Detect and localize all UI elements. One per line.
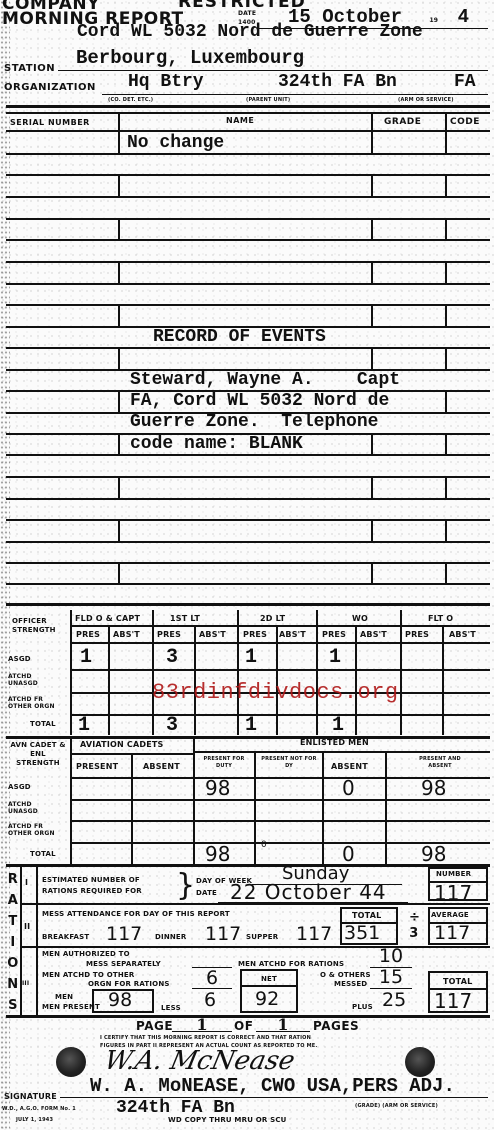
row-label-atchd-unasgd: ATCHD UNASGD xyxy=(8,673,58,687)
sub-pres: PRES xyxy=(322,630,346,639)
men-present-value: 98 xyxy=(108,989,132,1011)
col-header-present-not-for-dy: PRESENT NOT FOR DY xyxy=(258,756,320,770)
date-small-label: DATE xyxy=(238,10,256,17)
row-rule xyxy=(6,261,490,263)
station-field: Berbourg, Luxembourg xyxy=(58,47,488,71)
grid-v xyxy=(254,752,256,866)
grid-v xyxy=(131,755,133,866)
grid-h xyxy=(70,714,490,716)
row-rule xyxy=(6,174,490,176)
others-label-1: O & OTHERS xyxy=(320,971,371,979)
col-header-grade: GRADE xyxy=(384,117,421,127)
sub-abst: ABS'T xyxy=(199,630,226,639)
watermark-text: 83rdinfdivdocs.org xyxy=(152,680,399,705)
rations-letter: I xyxy=(7,932,19,953)
col-divider xyxy=(445,476,447,498)
col-divider xyxy=(371,476,373,498)
row-rule xyxy=(6,583,490,585)
breakfast-value: 117 xyxy=(106,923,142,945)
row-label-total: TOTAL xyxy=(30,720,56,728)
col-header-present: PRESENT xyxy=(76,762,118,771)
grade-arm-label: (GRADE) (ARM OR SERVICE) xyxy=(355,1103,438,1109)
section-rule xyxy=(6,864,490,867)
divide-by-3: ÷ 3 xyxy=(409,910,419,942)
org-sublabel-arm: (ARM OR SERVICE) xyxy=(398,97,454,103)
brace: } xyxy=(176,869,195,903)
asgd-fld-pres: 1 xyxy=(80,646,92,669)
atchd-other-label-1: MEN ATCHD TO OTHER xyxy=(42,971,134,979)
section-iii-total-value: 117 xyxy=(434,989,472,1013)
group-wo: WO xyxy=(352,614,368,623)
total-present-for-duty: 98 xyxy=(205,842,230,866)
pages-label: PAGES xyxy=(313,1019,359,1033)
row-rule xyxy=(6,519,490,521)
col-divider xyxy=(118,519,120,541)
date-label: DATE xyxy=(196,889,217,897)
record-of-events-title: RECORD OF EVENTS xyxy=(153,327,326,347)
col-divider xyxy=(371,304,373,326)
total-wo-pres: 1 xyxy=(332,714,344,737)
col-header-name: NAME xyxy=(226,116,254,125)
col-divider xyxy=(445,218,447,239)
total-label: TOTAL xyxy=(352,911,381,920)
section-iii-total-label: TOTAL xyxy=(443,977,472,986)
total-2lt-pres: 1 xyxy=(245,714,257,737)
event-line-1: Steward, Wayne A. Capt xyxy=(130,370,400,390)
event-line-2: FA, Cord WL 5032 Nord de xyxy=(130,391,389,411)
rations-letter: R xyxy=(7,869,19,890)
grid-v xyxy=(316,610,318,735)
rule xyxy=(6,105,490,108)
grid-v xyxy=(70,610,72,735)
auth-sep-label-1: MEN AUTHORIZED TO xyxy=(42,950,130,958)
total-fld-pres: 1 xyxy=(78,714,90,737)
col-header-code: CODE xyxy=(450,117,480,127)
row-rule xyxy=(6,476,490,478)
net-label: NET xyxy=(261,975,277,983)
row-rule xyxy=(6,562,490,564)
asgd-2lt-pres: 1 xyxy=(245,646,257,669)
certify-line-1: I CERTIFY THAT THIS MORNING REPORT IS CO… xyxy=(100,1035,311,1041)
grid-v xyxy=(400,610,402,735)
mess-attendance-label: MESS ATTENDANCE FOR DAY OF THIS REPORT xyxy=(42,910,230,918)
col-header-present-for-duty: PRESENT FOR DUTY xyxy=(198,756,250,770)
grid-h xyxy=(70,625,490,627)
grid-h xyxy=(70,820,490,822)
sub-abst: ABS'T xyxy=(113,630,140,639)
row-label-asgd: ASGD xyxy=(8,655,31,663)
pages-value: 1 xyxy=(256,1015,310,1032)
org-parent-unit: 324th FA Bn xyxy=(278,72,428,94)
men-label: MEN xyxy=(55,993,73,1001)
col-divider xyxy=(445,562,447,583)
col-divider xyxy=(445,519,447,541)
row-label-total: TOTAL xyxy=(30,850,56,858)
grid-h xyxy=(70,753,194,755)
atchd-rations-value: 10 xyxy=(370,945,412,968)
col-divider xyxy=(445,112,447,153)
number-value: 117 xyxy=(434,881,472,905)
rule xyxy=(6,130,490,132)
rule xyxy=(6,112,490,114)
ration-date-value: 22 October 44 xyxy=(218,880,408,903)
estimated-number-label: ESTIMATED NUMBER OF xyxy=(42,875,142,886)
atchd-rations-label: MEN ATCHD FOR RATIONS xyxy=(238,960,344,968)
sub-pres: PRES xyxy=(405,630,429,639)
row-rule xyxy=(6,541,490,543)
col-divider xyxy=(445,433,447,454)
grid-v xyxy=(385,752,387,866)
grid-h xyxy=(193,751,490,753)
group-flt-o: FLT O xyxy=(428,614,453,623)
org-arm: FA xyxy=(454,72,476,94)
sub-pres: PRES xyxy=(76,630,100,639)
number-label: NUMBER xyxy=(436,870,471,878)
total-present-not-for-dy: 0 xyxy=(261,840,267,850)
unit-stamp: 324th FA Bn xyxy=(116,1098,235,1118)
col-divider xyxy=(118,261,120,283)
page-label: PAGE xyxy=(136,1019,173,1033)
enlisted-strength-label: AVN CADET & ENL STRENGTH xyxy=(10,741,66,768)
roster-entry: No change xyxy=(127,133,224,153)
handwritten-signature: W.A. McNease xyxy=(102,1046,298,1076)
total-1lt-pres: 3 xyxy=(166,714,178,737)
col-header-present-and-absent: PRESENT AND ABSENT xyxy=(410,756,470,770)
signature-label: SIGNATURE xyxy=(4,1092,57,1101)
rations-side-label: R A T I O N S xyxy=(7,869,19,1016)
atchd-other-label-2: ORGN FOR RATIONS xyxy=(88,980,170,988)
row-label-asgd: ASGD xyxy=(8,783,31,791)
officer-strength-label: OFFICER STRENGTH xyxy=(12,617,68,635)
group-fld-capt: FLD O & CAPT xyxy=(75,614,140,623)
row-rule xyxy=(6,304,490,306)
punch-hole-right xyxy=(405,1047,435,1077)
org-sublabel-company: (CO. DET. ETC.) xyxy=(108,97,153,103)
row-rule xyxy=(6,347,490,349)
form-id-line-2: JULY 1, 1943 xyxy=(16,1117,53,1123)
station-value: Berbourg, Luxembourg xyxy=(76,47,304,69)
average-label: AVERAGE xyxy=(431,911,469,919)
event-line-4: code name: BLANK xyxy=(130,434,303,454)
col-divider xyxy=(445,347,447,369)
asgd-1lt-pres: 3 xyxy=(166,646,178,669)
station-label: STATION xyxy=(4,63,55,74)
dinner-value: 117 xyxy=(205,923,241,945)
col-divider xyxy=(445,261,447,283)
row-rule xyxy=(6,153,490,155)
rations-required-label: RATIONS REQUIRED FOR xyxy=(42,886,142,897)
row-label-atchd-fr-other: ATCHD FR OTHER ORGN xyxy=(8,696,66,710)
row-rule xyxy=(6,283,490,285)
col-divider xyxy=(118,347,120,369)
col-divider xyxy=(118,304,120,326)
col-divider xyxy=(118,218,120,239)
signer-name: W. A. MoNEASE, CWO USA,PERS ADJ. xyxy=(60,1075,488,1098)
row-rule xyxy=(6,498,490,500)
col-divider xyxy=(371,218,373,239)
average-value: 117 xyxy=(434,922,470,944)
col-divider xyxy=(371,347,373,369)
event-line-3: Guerre Zone. Telephone xyxy=(130,412,378,432)
col-divider xyxy=(118,476,120,498)
col-divider xyxy=(371,519,373,541)
sub-abst: ABS'T xyxy=(449,630,476,639)
col-divider xyxy=(118,112,120,153)
col-header-absent: ABSENT xyxy=(143,762,180,771)
grid-v xyxy=(70,738,72,866)
col-divider xyxy=(445,304,447,326)
morning-report-page: COMPANY RESTRICTED MORNING REPORT DATE 1… xyxy=(0,0,494,1130)
supper-value: 117 xyxy=(296,923,332,945)
sub-abst: ABS'T xyxy=(279,630,306,639)
grid-v xyxy=(20,866,22,1016)
section-i-numeral: I xyxy=(25,878,28,887)
less-label: LESS xyxy=(161,1004,181,1012)
section-rule xyxy=(6,603,490,606)
organization-label: ORGANIZATION xyxy=(4,82,96,93)
plus-value: 25 xyxy=(382,989,406,1011)
sub-abst: ABS'T xyxy=(360,630,387,639)
breakfast-label: BREAKFAST xyxy=(42,933,89,941)
asgd-wo-pres: 1 xyxy=(329,646,341,669)
grid-h xyxy=(20,946,490,948)
col-divider xyxy=(445,174,447,196)
col-divider xyxy=(371,562,373,583)
row-rule xyxy=(6,218,490,220)
group-2d-lt: 2D LT xyxy=(260,614,285,623)
enlisted-men-label: ENLISTED MEN xyxy=(300,738,369,747)
asgd-present-for-duty: 98 xyxy=(205,776,230,800)
section-ii-numeral: II xyxy=(24,922,30,931)
others-label-2: MESSED xyxy=(334,980,367,988)
sub-pres: PRES xyxy=(157,630,181,639)
org-sublabel-parent: (PARENT UNIT) xyxy=(246,97,290,103)
grid-h xyxy=(70,669,490,671)
col-divider xyxy=(118,562,120,583)
group-1st-lt: 1ST LT xyxy=(170,614,200,623)
rations-letter: A xyxy=(7,890,19,911)
col-header-serial: SERIAL NUMBER xyxy=(10,118,90,127)
col-divider xyxy=(118,174,120,196)
atchd-other-value: 6 xyxy=(192,967,232,989)
total-value: 351 xyxy=(344,922,380,944)
others-value: 15 xyxy=(370,966,412,989)
route-label: WD COPY THRU MRU OR SCU xyxy=(168,1116,287,1124)
total-present-and-absent: 98 xyxy=(421,842,446,866)
supper-label: SUPPER xyxy=(246,933,278,941)
grid-v xyxy=(36,866,38,1016)
net-value: 92 xyxy=(255,988,279,1010)
rations-letter: T xyxy=(7,911,19,932)
row-label-atchd-unasgd: ATCHD UNASGD xyxy=(8,801,58,815)
sub-pres: PRES xyxy=(243,630,267,639)
organization-field: Hq Btry 324th FA Bn FA xyxy=(102,72,488,95)
grid-v xyxy=(193,738,195,866)
col-divider xyxy=(371,433,373,454)
grid-h xyxy=(70,642,490,644)
rations-letter: O xyxy=(7,953,19,974)
less-value: 6 xyxy=(204,989,216,1011)
col-divider xyxy=(118,433,120,454)
punch-hole-left xyxy=(56,1047,86,1077)
grid-v xyxy=(237,610,239,735)
of-label: OF xyxy=(234,1019,253,1033)
col-divider xyxy=(371,174,373,196)
rations-letter: N xyxy=(7,974,19,995)
asgd-present-and-absent: 98 xyxy=(421,776,446,800)
year-value: 4 xyxy=(458,6,469,28)
section-iii-numeral: III xyxy=(22,980,29,987)
grid-v xyxy=(152,610,154,735)
rations-letter: S xyxy=(7,995,19,1016)
org-company: Hq Btry xyxy=(128,72,278,94)
col-divider xyxy=(371,112,373,153)
section-rule xyxy=(6,1015,490,1018)
col-header-enl-absent: ABSENT xyxy=(331,762,368,771)
aviation-cadets-label: AVIATION CADETS xyxy=(80,740,164,749)
col-divider xyxy=(118,390,120,412)
grid-v xyxy=(322,752,324,866)
dinner-label: DINNER xyxy=(155,933,187,941)
location-line: Cord WL 5032 Nord de Guerre Zone xyxy=(77,22,423,42)
form-id-line-1: W.D., A.G.O. FORM No. 1 xyxy=(2,1106,76,1112)
col-divider xyxy=(371,261,373,283)
grid-h xyxy=(242,985,296,987)
year-prefix: 19 xyxy=(429,17,438,24)
auth-sep-label-2: MESS SEPARATELY xyxy=(86,960,161,968)
plus-label: PLUS xyxy=(352,1003,373,1011)
row-rule xyxy=(6,239,490,241)
row-label-atchd-fr-other: ATCHD FR OTHER ORGN xyxy=(8,823,66,837)
asgd-enl-absent: 0 xyxy=(342,776,355,800)
section-i-label: ESTIMATED NUMBER OF RATIONS REQUIRED FOR xyxy=(42,875,142,897)
row-rule xyxy=(6,454,490,456)
row-rule xyxy=(6,196,490,198)
page-value: 1 xyxy=(172,1015,232,1032)
col-divider xyxy=(445,390,447,412)
